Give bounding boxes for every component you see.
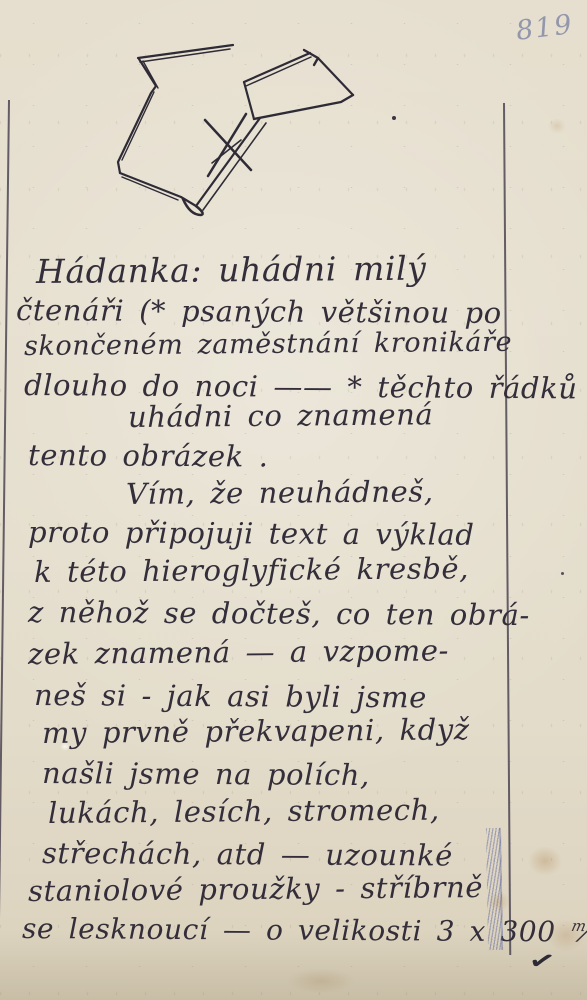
paper-stain xyxy=(528,846,562,876)
manuscript-line: skončeném zaměstnání kronikáře xyxy=(24,327,512,362)
manuscript-line: Vím, že neuhádneš, xyxy=(126,474,434,511)
manuscript-line: proto připojuji text a výklad xyxy=(28,515,475,552)
ink-speck xyxy=(392,116,396,120)
manuscript-line: uhádni co znamená xyxy=(128,397,434,434)
page-number: 819 xyxy=(514,8,581,47)
manuscript-line: střechách, atd — uzounké xyxy=(42,836,453,873)
manuscript-line: Hádanka: uhádni milý xyxy=(36,249,427,291)
checkmark-icon: ✓ xyxy=(526,944,558,977)
manuscript-line: k této hieroglyfické kresbě, xyxy=(34,551,469,589)
blue-pencil-hatching xyxy=(486,828,503,950)
manuscript-line: z něhož se dočteš, co ten obrá- xyxy=(28,595,530,632)
manuscript-line: my prvně překvapeni, když xyxy=(42,712,470,750)
ink-speck xyxy=(561,572,564,575)
right-margin-rule xyxy=(503,103,511,955)
manuscript-line: čtenáři (* psaných většinou po xyxy=(16,293,502,330)
manuscript-line: našli jsme na polích, xyxy=(42,756,370,792)
manuscript-line-text: se lesknoucí — o velikosti 3 x 300 xyxy=(22,912,556,948)
manuscript-line: tento obrázek . xyxy=(28,438,269,473)
left-margin-rule xyxy=(0,100,10,958)
paper-stain xyxy=(286,968,356,994)
manuscript-line: zek znamená — a vzpome- xyxy=(28,633,449,671)
manuscript-line: neš si - jak asi byli jsme xyxy=(34,678,427,714)
paper-stain xyxy=(548,118,566,134)
ink-doodle-sketch-icon xyxy=(108,30,368,230)
manuscript-page: 819 Hádanka: uhádni milý čtenáři (* psan… xyxy=(0,0,587,1000)
millimeter-fraction: m⁄m xyxy=(566,915,587,952)
manuscript-line: staniolové proužky - stříbrně xyxy=(28,870,483,908)
manuscript-line: lukách, lesích, stromech, xyxy=(48,793,440,830)
